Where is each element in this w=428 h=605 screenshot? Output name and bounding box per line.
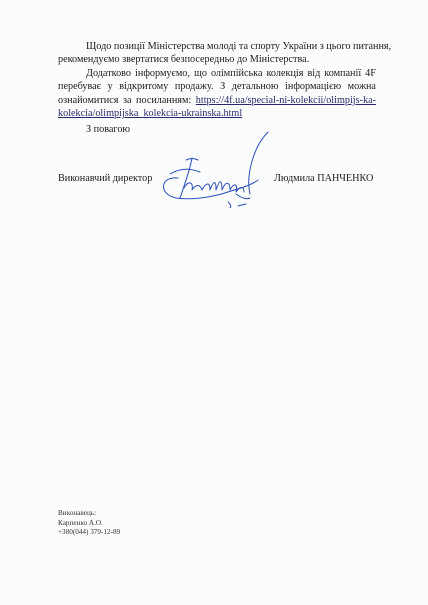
word: Додатково [86, 67, 131, 80]
paragraph-line: Додатково інформуємо, що олімпійська кол… [58, 67, 376, 80]
word: від [307, 67, 320, 80]
word: у [108, 80, 113, 93]
word: детальною [232, 80, 279, 93]
word: посиланням: [136, 94, 191, 107]
paragraph-line: перебуває у відкритому продажу. З деталь… [58, 80, 376, 93]
word: колекція [267, 67, 304, 80]
word: ознайомитися [58, 94, 118, 107]
paragraph-line: рекомендуємо звертатися безпосередньо до… [58, 53, 376, 66]
word: можна [348, 80, 376, 93]
word: компанії [324, 67, 361, 80]
signatory-title: Виконавчий директор [58, 173, 152, 184]
word: що [194, 67, 207, 80]
word: відкритому [119, 80, 168, 93]
word: інформуємо, [135, 67, 190, 80]
signatory-name: Людмила ПАНЧЕНКО [274, 173, 373, 184]
word: З [220, 80, 225, 93]
executor-block: Виконавець: Карпенко А.О. +380(044) 379-… [58, 509, 120, 538]
word: олімпійська [211, 67, 263, 80]
executor-phone: +380(044) 379-12-89 [58, 528, 120, 538]
word: 4F [365, 67, 376, 80]
letter-page: Щодо позиції Міністерства молоді та спор… [0, 0, 428, 605]
handwritten-signature-icon [150, 128, 275, 208]
executor-name: Карпенко А.О. [58, 519, 120, 529]
paragraph-ministry-position: Щодо позиції Міністерства молоді та спор… [58, 40, 376, 67]
paragraph-line: ознайомитися за посиланням: https://4f.u… [58, 94, 376, 107]
word: інформацією [285, 80, 341, 93]
paragraph-line: kolekcia/olimpijska_kolekcia-ukrainska.h… [58, 107, 376, 120]
word: перебуває [58, 80, 101, 93]
word: продажу. [175, 80, 214, 93]
collection-link-part2[interactable]: kolekcia/olimpijska_kolekcia-ukrainska.h… [58, 108, 242, 119]
executor-label: Виконавець: [58, 509, 120, 519]
word: за [123, 94, 132, 107]
paragraph-line: Щодо позиції Міністерства молоді та спор… [58, 40, 376, 53]
closing-salutation: З повагою [86, 124, 130, 135]
paragraph-collection-info: Додатково інформуємо, що олімпійська кол… [58, 67, 376, 121]
collection-link-part1[interactable]: https://4f.ua/special-ni-kolekcii/olimpi… [196, 94, 376, 107]
